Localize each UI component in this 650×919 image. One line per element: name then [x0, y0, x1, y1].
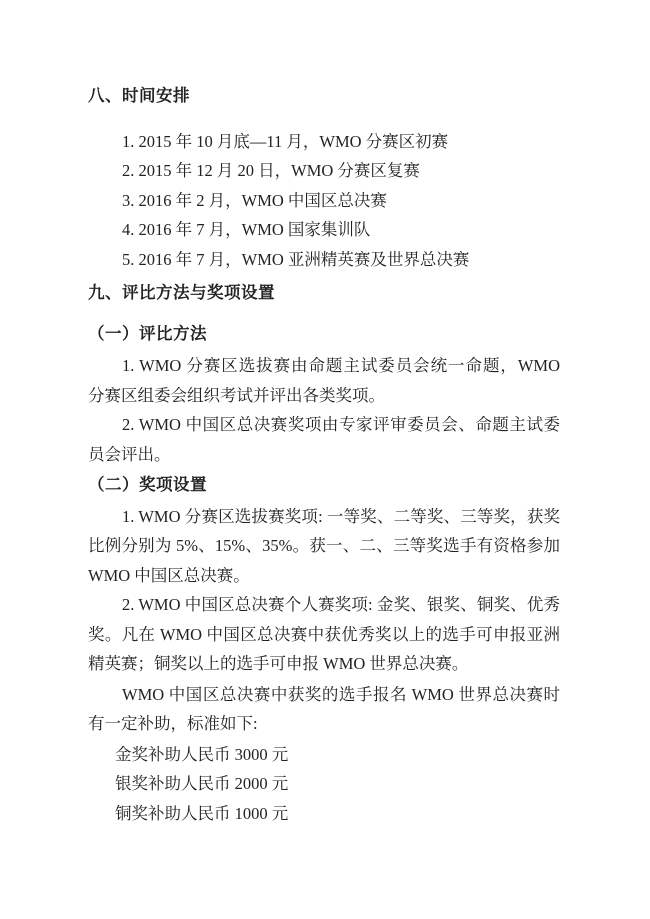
subheading-award-settings: （二）奖项设置 [88, 470, 560, 500]
section-heading-time: 八、时间安排 [88, 81, 560, 111]
subsidy-line-gold: 金奖补助人民币 3000 元 [88, 740, 560, 770]
method-paragraph-1: 1. WMO 分赛区选拔赛由命题主试委员会统一命题，WMO 分赛区组委会组织考试… [88, 351, 560, 410]
subsidy-list: 金奖补助人民币 3000 元 银奖补助人民币 2000 元 铜奖补助人民币 10… [88, 740, 560, 829]
document-page: 八、时间安排 1. 2015 年 10 月底—11 月，WMO 分赛区初赛 2.… [0, 0, 650, 919]
subsidy-line-silver: 银奖补助人民币 2000 元 [88, 769, 560, 799]
method-paragraph-2: 2. WMO 中国区总决赛奖项由专家评审委员会、命题主试委员会评出。 [88, 410, 560, 469]
subheading-evaluation-method: （一）评比方法 [88, 319, 560, 349]
subsidy-intro-paragraph: WMO 中国区总决赛中获奖的选手报名 WMO 世界总决赛时有一定补助，标准如下: [88, 680, 560, 739]
section-heading-evaluation: 九、评比方法与奖项设置 [88, 278, 560, 308]
schedule-item-4: 4. 2016 年 7 月，WMO 国家集训队 [88, 215, 560, 245]
schedule-item-1: 1. 2015 年 10 月底—11 月，WMO 分赛区初赛 [88, 127, 560, 157]
award-paragraph-1: 1. WMO 分赛区选拔赛奖项: 一等奖、二等奖、三等奖，获奖比例分别为 5%、… [88, 502, 560, 591]
subsidy-line-bronze: 铜奖补助人民币 1000 元 [88, 799, 560, 829]
schedule-item-5: 5. 2016 年 7 月，WMO 亚洲精英赛及世界总决赛 [88, 245, 560, 275]
schedule-item-2: 2. 2015 年 12 月 20 日，WMO 分赛区复赛 [88, 156, 560, 186]
schedule-item-3: 3. 2016 年 2 月，WMO 中国区总决赛 [88, 186, 560, 216]
schedule-list: 1. 2015 年 10 月底—11 月，WMO 分赛区初赛 2. 2015 年… [88, 127, 560, 275]
award-paragraph-2: 2. WMO 中国区总决赛个人赛奖项: 金奖、银奖、铜奖、优秀奖。凡在 WMO … [88, 590, 560, 679]
